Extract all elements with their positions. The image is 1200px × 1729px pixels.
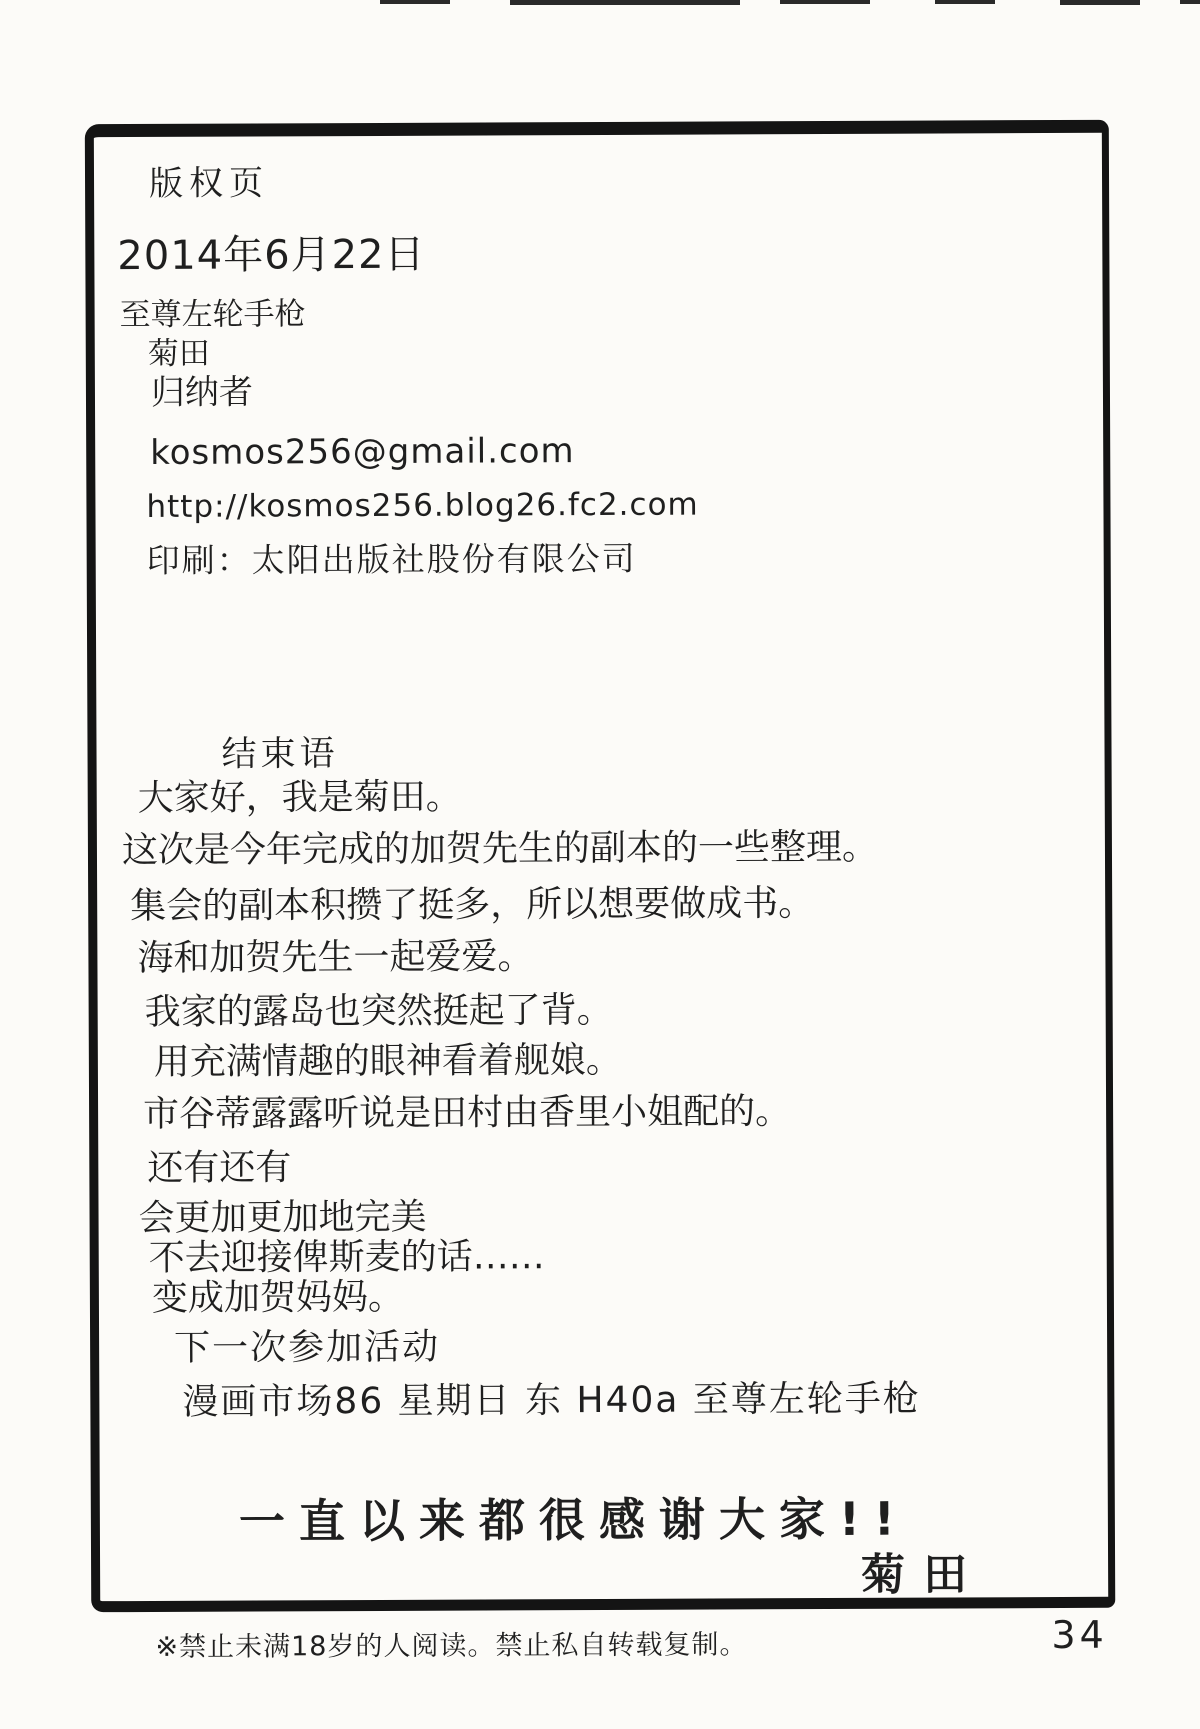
colophon-heading: 版权页 <box>149 164 269 204</box>
page-number: 34 <box>1051 1614 1108 1658</box>
afterword-line: 集会的副本积攒了挺多，所以想要做成书。 <box>130 883 814 927</box>
afterword-line: 不去迎接俾斯麦的话…… <box>149 1236 545 1279</box>
author-signature: 菊田 <box>861 1550 985 1601</box>
afterword-line: 海和加贺先生一起爱爱。 <box>137 936 533 979</box>
publication-date: 2014年6月22日 <box>117 232 425 279</box>
email-address: kosmos256@gmail.com <box>150 432 575 473</box>
afterword-line: 变成加贺妈妈。 <box>152 1277 404 1319</box>
author-role: 归纳者 <box>151 374 253 414</box>
afterword-line: 这次是今年完成的加贺先生的副本的一些整理。 <box>122 827 878 872</box>
next-event-heading: 下一次参加活动 <box>174 1327 440 1370</box>
scanned-page: 版权页 2014年6月22日 至尊左轮手枪 菊田 归纳者 kosmos256@g… <box>0 0 1200 1729</box>
page-content: 版权页 2014年6月22日 至尊左轮手枪 菊田 归纳者 kosmos256@g… <box>0 0 1200 1729</box>
afterword-line: 还有还有 <box>147 1147 291 1189</box>
afterword-line: 市谷蒂露露听说是田村由香里小姐配的。 <box>143 1091 791 1135</box>
afterword-line: 会更加更加地完美 <box>138 1197 426 1240</box>
thanks-message: 一直以来都很感谢大家!! <box>239 1493 909 1549</box>
next-event-details: 漫画市场86 星期日 东 H40a 至尊左轮手枪 <box>182 1379 921 1424</box>
age-restriction-note: ※禁止未满18岁的人阅读。禁止私自转载复制。 <box>155 1629 747 1663</box>
afterword-line: 大家好，我是菊田。 <box>138 777 462 820</box>
author-name: 菊田 <box>148 337 210 373</box>
afterword-line: 我家的露岛也突然挺起了背。 <box>145 990 613 1033</box>
printer-info: 印刷：太阳出版社股份有限公司 <box>147 540 637 580</box>
website-url: http://kosmos256.blog26.fc2.com <box>146 488 698 526</box>
afterword-line: 用充满情趣的眼神看着舰娘。 <box>154 1040 622 1083</box>
circle-name: 至尊左轮手枪 <box>120 297 306 333</box>
afterword-heading: 结束语 <box>221 734 338 775</box>
